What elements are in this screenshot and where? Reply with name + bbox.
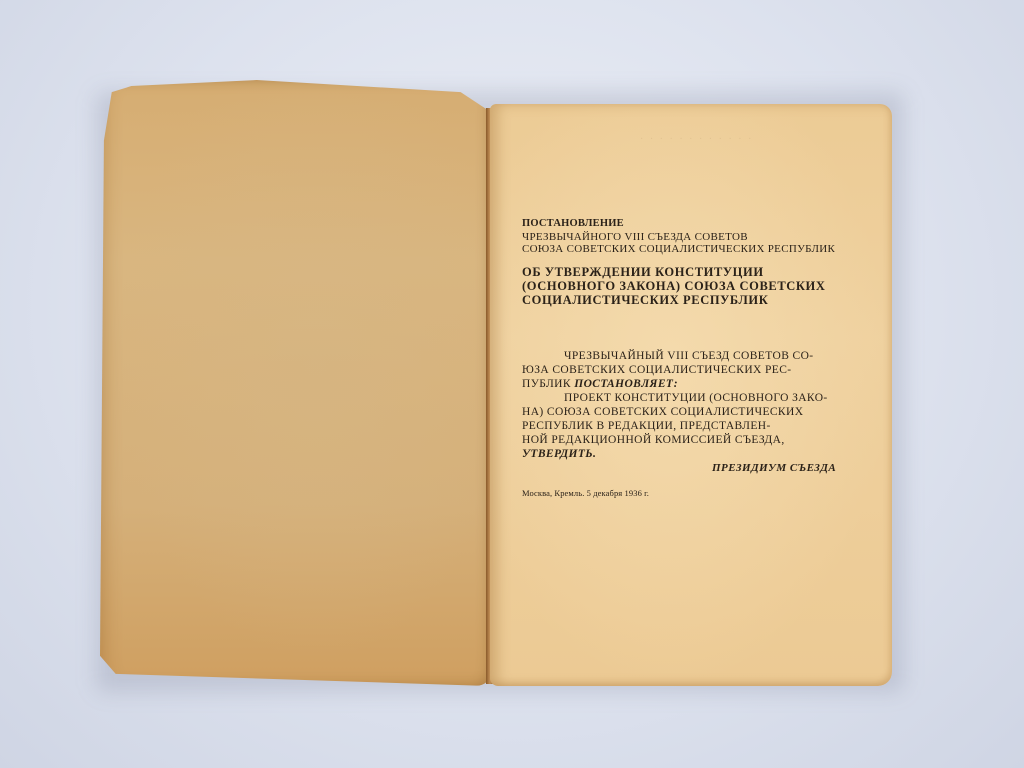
document-title-line-2: (ОСНОВНОГО ЗАКОНА) СОЮЗА СОВЕТСКИХ — [522, 279, 826, 294]
decree-subheading-line-2: СОЮЗА СОВЕТСКИХ СОЦИАЛИСТИЧЕСКИХ РЕСПУБЛ… — [522, 243, 835, 255]
body-line-7: НОЙ РЕДАКЦИОННОЙ КОМИССИЕЙ СЪЕЗДА, — [522, 434, 785, 446]
body-line-8-approve: УТВЕРДИТЬ. — [522, 448, 596, 460]
document-title-line-1: ОБ УТВЕРЖДЕНИИ КОНСТИТУЦИИ — [522, 265, 764, 280]
right-page-printed: · · · · · · · · · · · · ПОСТАНОВЛЕНИЕ ЧР… — [490, 104, 892, 686]
show-through-text: · · · · · · · · · · · · — [640, 134, 753, 145]
decree-subheading-line-1: ЧРЕЗВЫЧАЙНОГО VIII СЪЕЗДА СОВЕТОВ — [522, 231, 748, 243]
body-line-3: ПУБЛИК ПОСТАНОВЛЯЕТ: — [522, 378, 678, 390]
body-line-3-plain: ПУБЛИК — [522, 378, 574, 390]
left-page-blank — [100, 80, 492, 686]
decree-heading: ПОСТАНОВЛЕНИЕ — [522, 218, 624, 229]
body-line-4: ПРОЕКТ КОНСТИТУЦИИ (ОСНОВНОГО ЗАКО- — [564, 392, 828, 404]
body-line-5: НА) СОЮЗА СОВЕТСКИХ СОЦИАЛИСТИЧЕСКИХ — [522, 406, 803, 418]
body-line-6: РЕСПУБЛИК В РЕДАКЦИИ, ПРЕДСТАВЛЕН- — [522, 420, 771, 432]
body-line-1: ЧРЕЗВЫЧАЙНЫЙ VIII СЪЕЗД СОВЕТОВ СО- — [564, 350, 814, 362]
body-line-2: ЮЗА СОВЕТСКИХ СОЦИАЛИСТИЧЕСКИХ РЕС- — [522, 364, 792, 376]
signature: ПРЕЗИДИУМ СЪЕЗДА — [712, 462, 836, 474]
resolution-verb: ПОСТАНОВЛЯЕТ: — [574, 378, 678, 390]
place-and-date: Москва, Кремль. 5 декабря 1936 г. — [522, 488, 649, 498]
document-title-line-3: СОЦИАЛИСТИЧЕСКИХ РЕСПУБЛИК — [522, 293, 768, 308]
